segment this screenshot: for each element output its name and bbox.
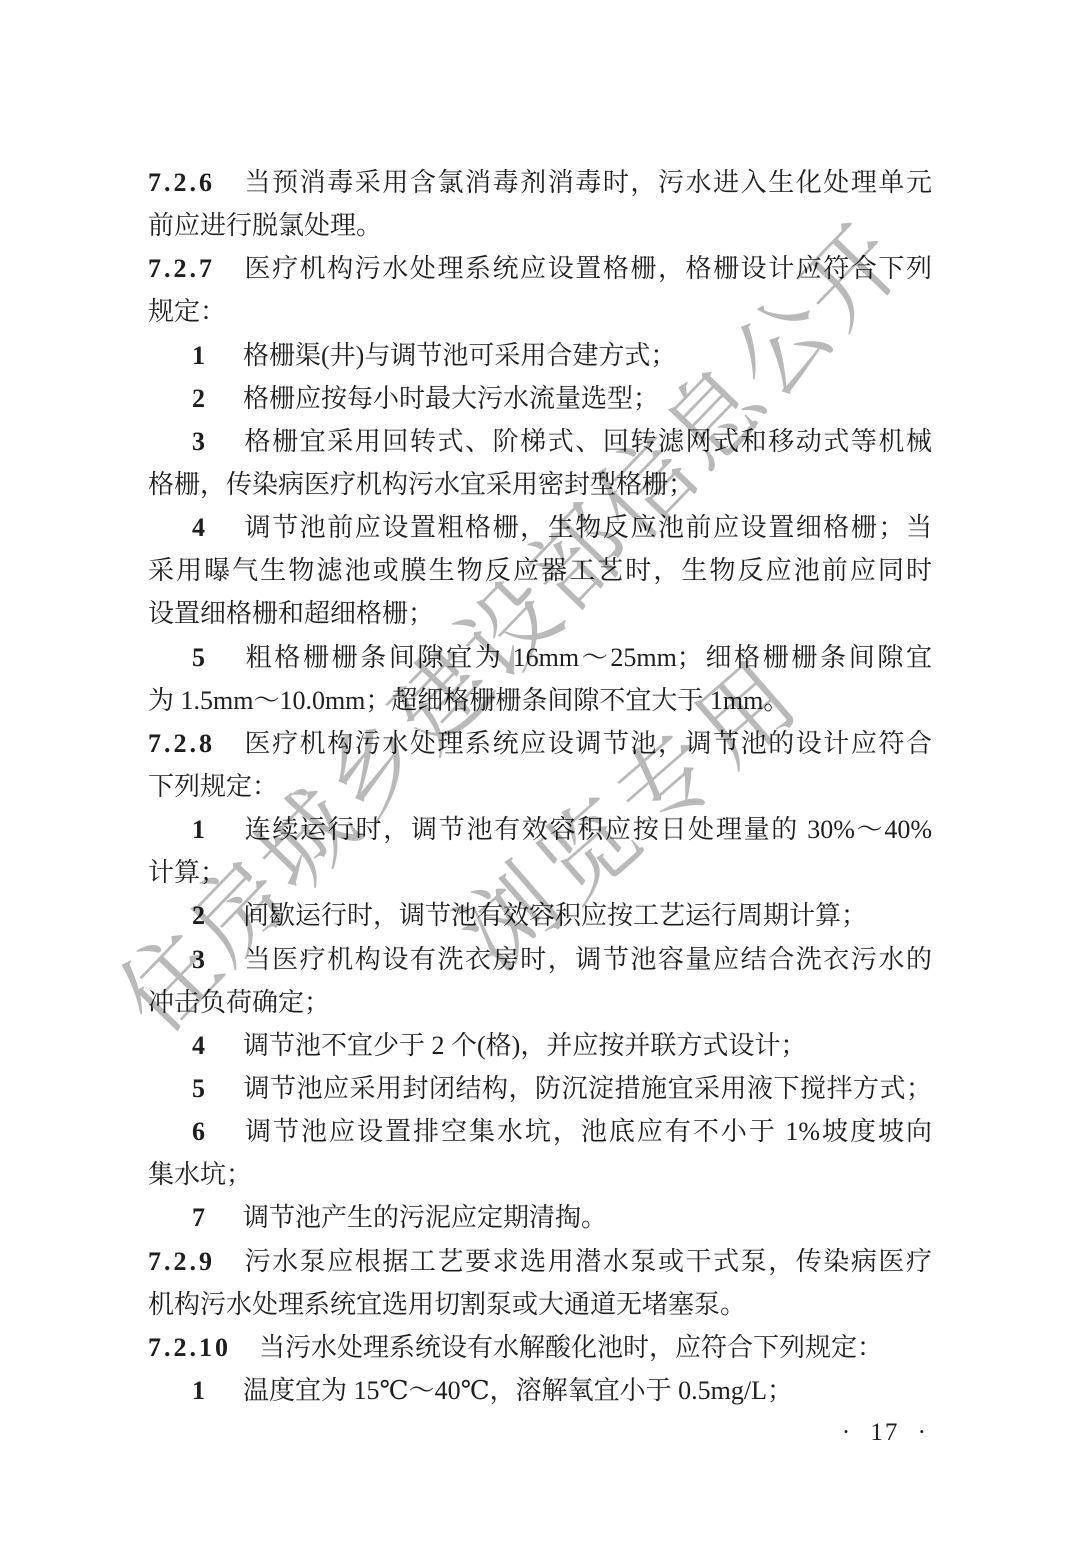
line-text: 污水泵应根据工艺要求选用潜水泵或干式泵，传染病医疗 (243, 1247, 932, 1276)
line-text: 下列规定： (148, 772, 278, 801)
text-line: 7调节池产生的污泥应定期清掏。 (148, 1196, 932, 1239)
clause-number: 7.2.8 (148, 729, 215, 758)
clause-number: 7.2.10 (148, 1333, 231, 1362)
line-text: 调节池不宜少于 2 个(格)，并应按并联方式设计； (243, 1031, 806, 1060)
text-line: 设置细格栅和超细格栅； (148, 592, 932, 635)
text-line: 1温度宜为 15℃～40℃，溶解氧宜小于 0.5mg/L； (148, 1369, 932, 1412)
text-line: 2间歇运行时，调节池有效容积应按工艺运行周期计算； (148, 894, 932, 937)
text-line: 7.2.9污水泵应根据工艺要求选用潜水泵或干式泵，传染病医疗 (148, 1240, 932, 1283)
text-line: 4调节池前应设置粗格栅，生物反应池前应设置细格栅；当 (148, 506, 932, 549)
line-text: 冲击负荷确定； (148, 988, 330, 1017)
text-line: 7.2.6当预消毒采用含氯消毒剂消毒时，污水进入生化处理单元 (148, 161, 932, 204)
item-number: 1 (192, 815, 205, 844)
line-text: 调节池前应设置粗格栅，生物反应池前应设置细格栅；当 (243, 513, 932, 542)
text-lines: 7.2.6当预消毒采用含氯消毒剂消毒时，污水进入生化处理单元前应进行脱氯处理。7… (148, 161, 932, 1412)
text-line: 3格栅宜采用回转式、阶梯式、回转滤网式和移动式等机械 (148, 420, 932, 463)
text-line: 冲击负荷确定； (148, 981, 932, 1024)
line-text: 调节池产生的污泥应定期清掏。 (243, 1203, 607, 1232)
text-line: 前应进行脱氯处理。 (148, 204, 932, 247)
line-text: 为 1.5mm～10.0mm；超细格栅栅条间隙不宜大于 1mm。 (148, 686, 789, 715)
item-number: 4 (192, 513, 205, 542)
text-line: 机构污水处理系统宜选用切割泵或大通道无堵塞泵。 (148, 1283, 932, 1326)
text-line: 5粗格栅栅条间隙宜为 16mm～25mm；细格栅栅条间隙宜 (148, 636, 932, 679)
text-line: 7.2.8医疗机构污水处理系统应设调节池，调节池的设计应符合 (148, 722, 932, 765)
clause-number: 7.2.6 (148, 168, 215, 197)
text-line: 5调节池应采用封闭结构，防沉淀措施宜采用液下搅拌方式； (148, 1067, 932, 1110)
text-line: 格栅，传染病医疗机构污水宜采用密封型格栅； (148, 463, 932, 506)
line-text: 规定： (148, 297, 226, 326)
item-number: 5 (192, 643, 205, 672)
line-text: 当预消毒采用含氯消毒剂消毒时，污水进入生化处理单元 (243, 168, 932, 197)
text-line: 2格栅应按每小时最大污水流量选型； (148, 377, 932, 420)
text-line: 6调节池应设置排空集水坑，池底应有不小于 1%坡度坡向 (148, 1110, 932, 1153)
line-text: 医疗机构污水处理系统应设调节池，调节池的设计应符合 (243, 729, 932, 758)
text-line: 集水坑； (148, 1153, 932, 1196)
line-text: 当污水处理系统设有水解酸化池时，应符合下列规定： (259, 1333, 883, 1362)
item-number: 2 (192, 901, 205, 930)
text-line: 下列规定： (148, 765, 932, 808)
line-text: 采用曝气生物滤池或膜生物反应器工艺时，生物反应池前应同时 (148, 556, 932, 585)
item-number: 4 (192, 1031, 205, 1060)
line-text: 计算； (148, 858, 226, 887)
line-text: 设置细格栅和超细格栅； (148, 599, 434, 628)
document-page: 7.2.6当预消毒采用含氯消毒剂消毒时，污水进入生化处理单元前应进行脱氯处理。7… (0, 0, 1080, 1566)
text-line: 7.2.10当污水处理系统设有水解酸化池时，应符合下列规定： (148, 1326, 932, 1369)
item-number: 1 (192, 1376, 205, 1405)
line-text: 格栅宜采用回转式、阶梯式、回转滤网式和移动式等机械 (243, 427, 932, 456)
line-text: 医疗机构污水处理系统应设置格栅，格栅设计应符合下列 (243, 254, 932, 283)
clause-number: 7.2.7 (148, 254, 215, 283)
text-line: 计算； (148, 851, 932, 894)
line-text: 间歇运行时，调节池有效容积应按工艺运行周期计算； (243, 901, 867, 930)
line-text: 调节池应采用封闭结构，防沉淀措施宜采用液下搅拌方式； (243, 1074, 932, 1103)
line-text: 机构污水处理系统宜选用切割泵或大通道无堵塞泵。 (148, 1290, 746, 1319)
clause-number: 7.2.9 (148, 1247, 215, 1276)
item-number: 1 (192, 341, 205, 370)
text-line: 1连续运行时，调节池有效容积应按日处理量的 30%～40% (148, 808, 932, 851)
item-number: 2 (192, 384, 205, 413)
line-text: 格栅应按每小时最大污水流量选型； (243, 384, 659, 413)
text-line: 4调节池不宜少于 2 个(格)，并应按并联方式设计； (148, 1024, 932, 1067)
text-line: 规定： (148, 290, 932, 333)
page-number: · 17 · (842, 1416, 928, 1450)
line-text: 温度宜为 15℃～40℃，溶解氧宜小于 0.5mg/L； (243, 1376, 793, 1405)
text-line: 7.2.7医疗机构污水处理系统应设置格栅，格栅设计应符合下列 (148, 247, 932, 290)
line-text: 连续运行时，调节池有效容积应按日处理量的 30%～40% (243, 815, 932, 844)
item-number: 6 (192, 1117, 205, 1146)
text-line: 为 1.5mm～10.0mm；超细格栅栅条间隙不宜大于 1mm。 (148, 679, 932, 722)
line-text: 当医疗机构设有洗衣房时，调节池容量应结合洗衣污水的 (243, 945, 932, 974)
text-line: 采用曝气生物滤池或膜生物反应器工艺时，生物反应池前应同时 (148, 549, 932, 592)
text-line: 1格栅渠(井)与调节池可采用合建方式； (148, 334, 932, 377)
line-text: 集水坑； (148, 1160, 252, 1189)
line-text: 格栅，传染病医疗机构污水宜采用密封型格栅； (148, 470, 694, 499)
line-text: 粗格栅栅条间隙宜为 16mm～25mm；细格栅栅条间隙宜 (243, 643, 932, 672)
line-text: 格栅渠(井)与调节池可采用合建方式； (243, 341, 676, 370)
item-number: 3 (192, 945, 205, 974)
item-number: 7 (192, 1203, 205, 1232)
line-text: 调节池应设置排空集水坑，池底应有不小于 1%坡度坡向 (243, 1117, 932, 1146)
item-number: 3 (192, 427, 205, 456)
text-line: 3当医疗机构设有洗衣房时，调节池容量应结合洗衣污水的 (148, 938, 932, 981)
item-number: 5 (192, 1074, 205, 1103)
line-text: 前应进行脱氯处理。 (148, 211, 382, 240)
